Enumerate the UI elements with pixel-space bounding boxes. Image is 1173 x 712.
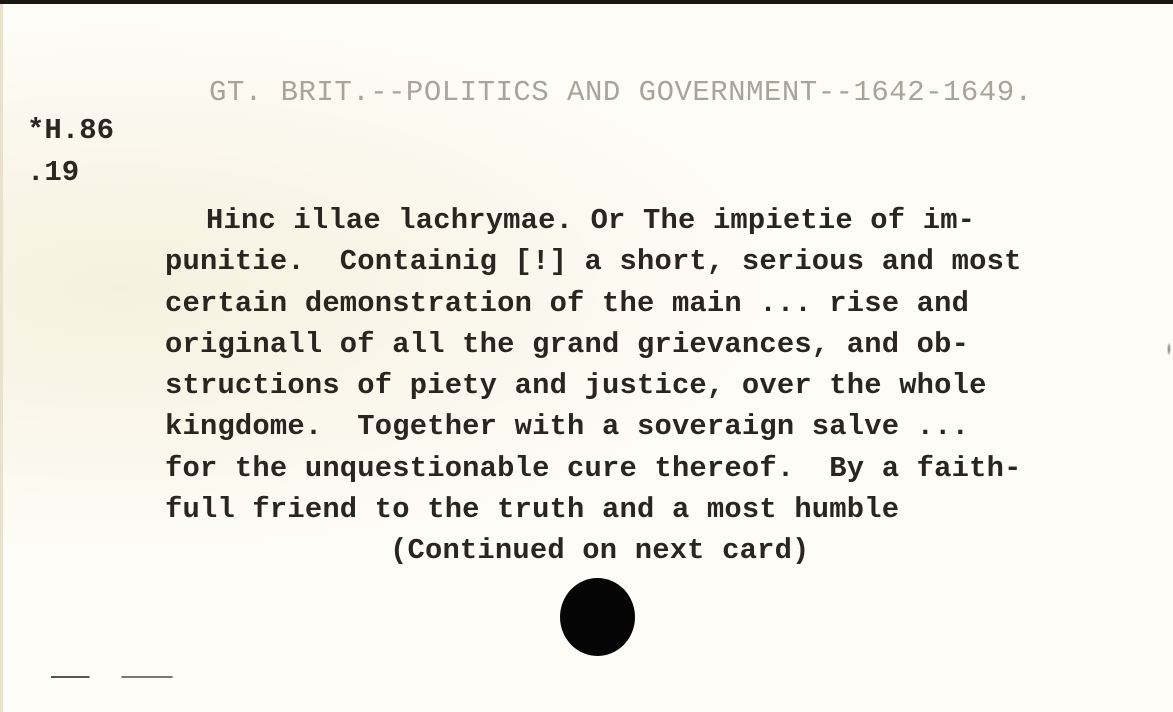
description-line: kingdome. Together with a soveraign salv… [165, 406, 1022, 447]
description-line: Hinc illae lachrymae. Or The impietie of… [165, 200, 1022, 241]
description-line: originall of all the grand grievances, a… [165, 324, 1022, 365]
subject-heading: GT. BRIT.--POLITICS AND GOVERNMENT--1642… [209, 76, 1033, 109]
paper-speck [1167, 342, 1171, 356]
description-line: full friend to the truth and a most humb… [165, 489, 1022, 530]
punch-hole [560, 578, 635, 656]
catalog-card: GT. BRIT.--POLITICS AND GOVERNMENT--1642… [0, 4, 1173, 712]
description-line: for the unquestionable cure thereof. By … [165, 448, 1022, 489]
description-line: certain demonstration of the main ... ri… [165, 283, 1022, 324]
title-description: Hinc illae lachrymae. Or The impietie of… [165, 200, 1022, 572]
continuation-note: (Continued on next card) [165, 530, 1022, 571]
description-line: structions of piety and justice, over th… [165, 365, 1022, 406]
description-line: punitie. Containig [!] a short, serious … [165, 241, 1022, 282]
call-number-line-2: .19 [27, 156, 79, 189]
pencil-mark [51, 676, 179, 678]
call-number-line-1: *H.86 [27, 114, 114, 147]
